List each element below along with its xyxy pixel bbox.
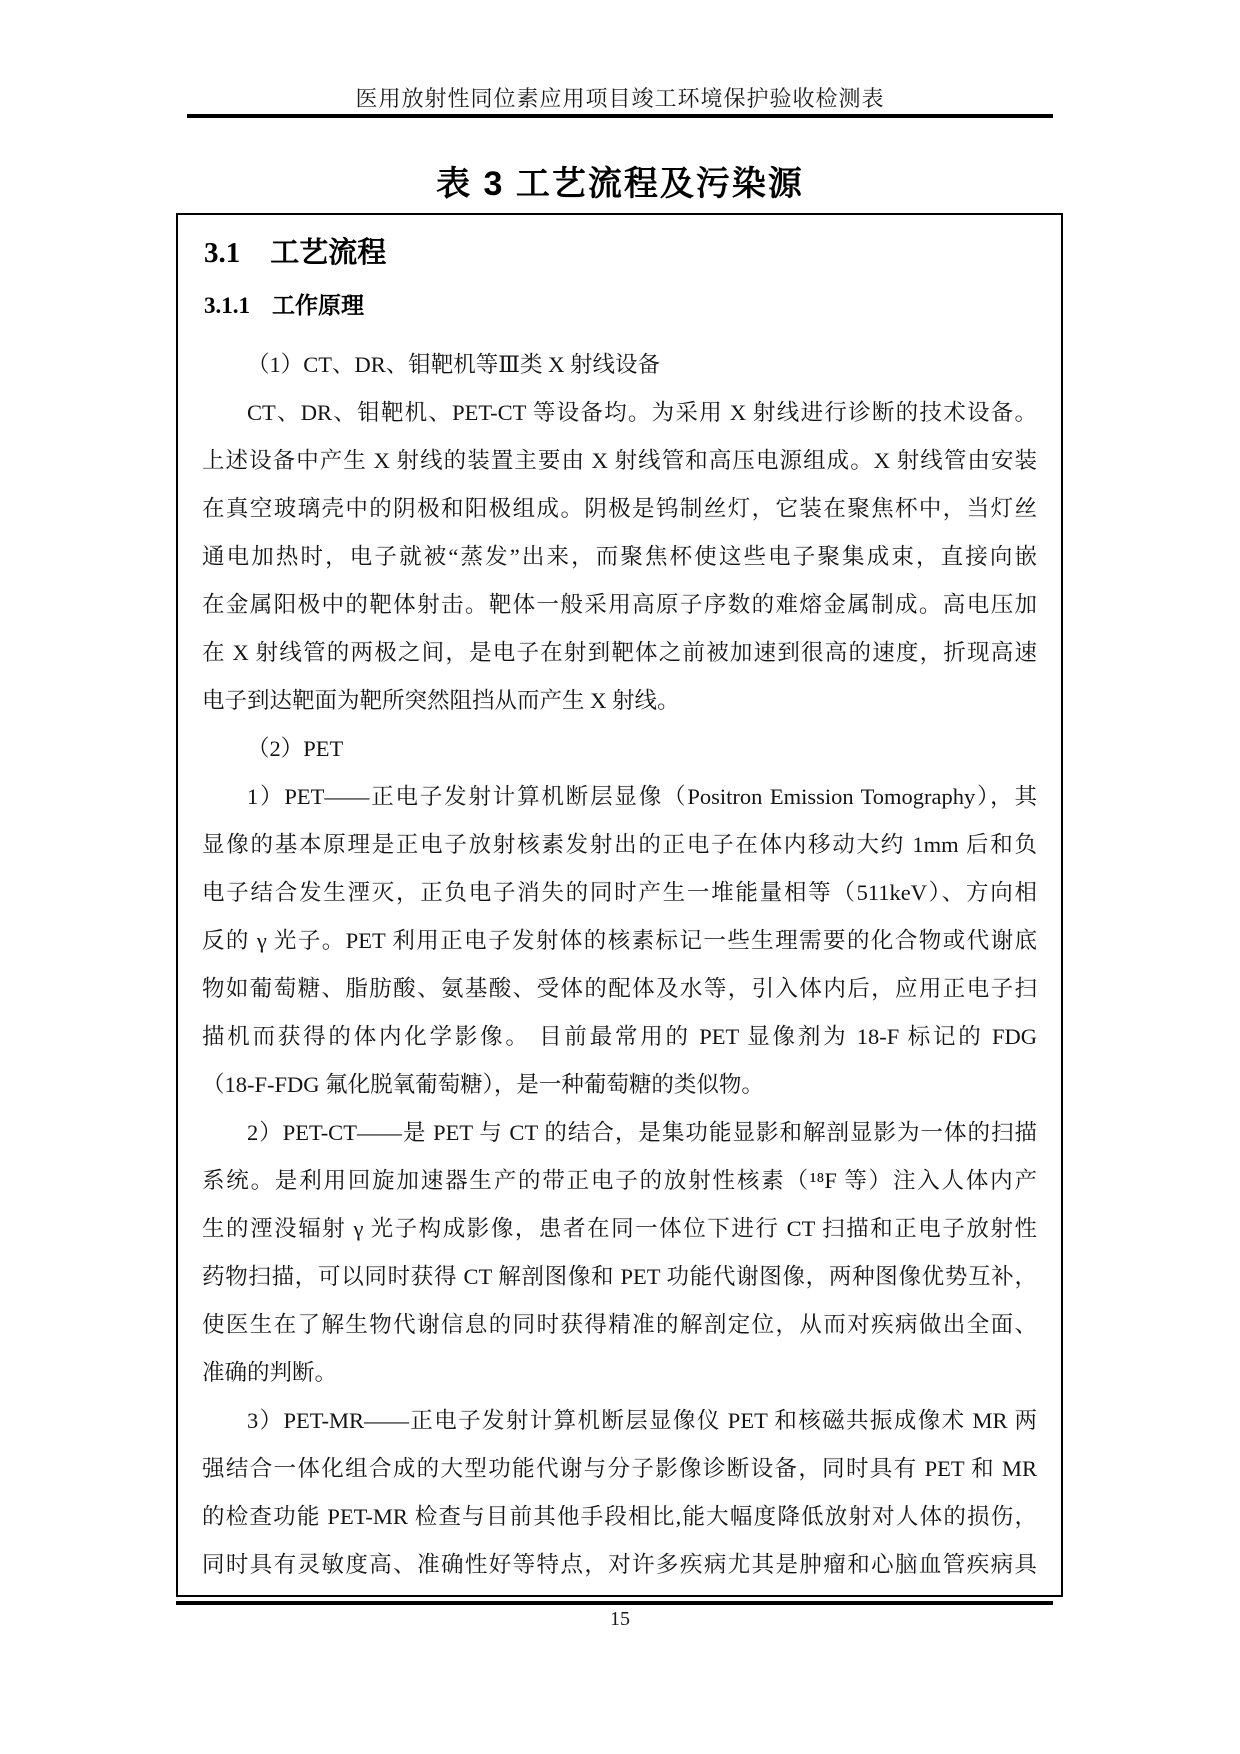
body-line: 系统。是利用回旋加速器生产的带正电子的放射性核素（¹⁸F 等）注入人体内产 [202,1157,1037,1205]
subsection-heading-3-1-1: 3.1.1工作原理 [204,293,1037,319]
body-line: 反的 γ 光子。PET 利用正电子发射体的核素标记一些生理需要的化合物或代谢底 [202,917,1037,965]
body-line: 显像的基本原理是正电子放射核素发射出的正电子在体内移动大约 1mm 后和负 [202,821,1037,869]
body-line: 1）PET——正电子发射计算机断层显像（Positron Emission To… [202,773,1037,821]
body-line: 准确的判断。 [202,1349,1037,1397]
body-line: 通电加热时，电子就被“蒸发”出来，而聚焦杯使这些电子聚集成束，直接向嵌 [202,533,1037,581]
body-line: 上述设备中产生 X 射线的装置主要由 X 射线管和高压电源组成。X 射线管由安装 [202,437,1037,485]
body-line: 2）PET-CT——是 PET 与 CT 的结合，是集功能显影和解剖显影为一体的… [202,1109,1037,1157]
body-line: 物如葡萄糖、脂肪酸、氨基酸、受体的配体及水等，引入体内后，应用正电子扫 [202,965,1037,1013]
body-line: 在金属阳极中的靶体射击。靶体一般采用高原子序数的难熔金属制成。高电压加 [202,581,1037,629]
body-line: 同时具有灵敏度高、准确性好等特点，对许多疾病尤其是肿瘤和心脑血管疾病具 [202,1541,1037,1589]
body-line: 在真空玻璃壳中的阴极和阳极组成。阴极是钨制丝灯，它装在聚焦杯中，当灯丝 [202,485,1037,533]
body-line: （1）CT、DR、钼靶机等Ⅲ类 X 射线设备 [202,341,1037,389]
body-line: 电子结合发生湮灭，正负电子消失的同时产生一堆能量相等（511keV）、方向相 [202,869,1037,917]
body-line: 使医生在了解生物代谢信息的同时获得精准的解剖定位，从而对疾病做出全面、 [202,1301,1037,1349]
subsection-label: 工作原理 [272,293,364,318]
section-heading-3-1: 3.1工艺流程 [204,237,1037,269]
body-line: （2）PET [202,725,1037,773]
body-text: （1）CT、DR、钼靶机等Ⅲ类 X 射线设备CT、DR、钼靶机、PET-CT 等… [202,341,1037,1589]
running-header-title: 医用放射性同位素应用项目竣工环境保护验收检测表 [0,82,1240,113]
document-page: 医用放射性同位素应用项目竣工环境保护验收检测表 表 3 工艺流程及污染源 3.1… [0,0,1240,1754]
body-line: 3）PET-MR——正电子发射计算机断层显像仪 PET 和核磁共振成像术 MR … [202,1397,1037,1445]
body-line: 电子到达靶面为靶所突然阻挡从而产生 X 射线。 [202,677,1037,725]
page-title: 表 3 工艺流程及污染源 [0,156,1240,205]
body-line: （18-F-FDG 氟化脱氧葡萄糖），是一种葡萄糖的类似物。 [202,1061,1037,1109]
section-label: 工艺流程 [270,237,386,269]
header-rule [187,114,1053,118]
body-line: 的检查功能 PET-MR 检查与目前其他手段相比,能大幅度降低放射对人体的损伤， [202,1493,1037,1541]
section-number: 3.1 [204,237,240,269]
body-line: 药物扫描，可以同时获得 CT 解剖图像和 PET 功能代谢图像，两种图像优势互补… [202,1253,1037,1301]
body-line: 生的湮没辐射 γ 光子构成影像，患者在同一体位下进行 CT 扫描和正电子放射性 [202,1205,1037,1253]
body-line: CT、DR、钼靶机、PET-CT 等设备均。为采用 X 射线进行诊断的技术设备。 [202,389,1037,437]
body-line: 在 X 射线管的两极之间，是电子在射到靶体之前被加速到很高的速度，折现高速 [202,629,1037,677]
footer-rule [176,1601,1053,1605]
subsection-number: 3.1.1 [204,293,250,318]
content-box: 3.1工艺流程 3.1.1工作原理 （1）CT、DR、钼靶机等Ⅲ类 X 射线设备… [176,213,1063,1597]
body-line: 强结合一体化组合成的大型功能代谢与分子影像诊断设备，同时具有 PET 和 MR [202,1445,1037,1493]
page-number: 15 [0,1608,1240,1631]
body-line: 描机而获得的体内化学影像。 目前最常用的 PET 显像剂为 18-F 标记的 F… [202,1013,1037,1061]
